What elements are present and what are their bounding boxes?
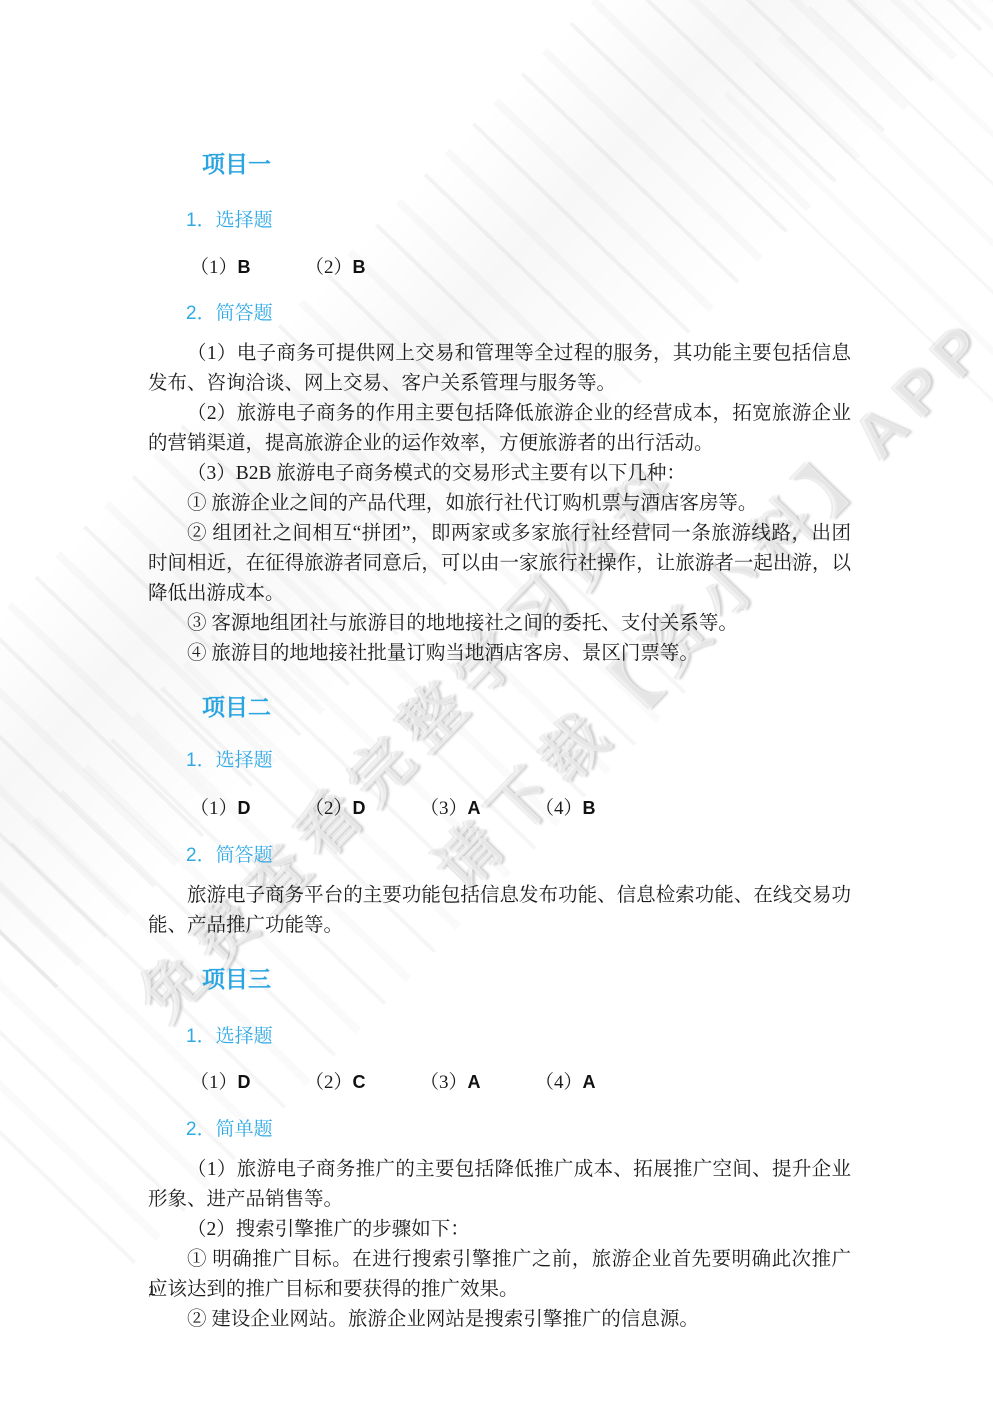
choice-number: （1） <box>190 257 238 278</box>
subsection-heading-short-answer: 2．简答题 <box>186 842 851 869</box>
choice-answer: （4）B <box>535 795 650 823</box>
paragraph: （2）搜索引擎推广的步骤如下： <box>148 1215 851 1245</box>
document-content: 项目一 1．选择题 （1）B （2）B 2．简答题 （1）电子商务可提供网上交易… <box>0 0 993 1335</box>
paragraph: ① 旅游企业之间的产品代理，如旅行社代订购机票与酒店客房等。 <box>148 489 851 519</box>
choice-number: （4） <box>535 1072 583 1093</box>
choice-answer: （1）B <box>190 254 305 282</box>
section-title: 项目一 <box>202 148 851 180</box>
choice-letter: A <box>468 1072 481 1092</box>
section-title: 项目二 <box>202 691 851 723</box>
document-page: 免费查看完整学习资料 请下载【资小料】APP 项目一 1．选择题 （1）B （2… <box>0 0 993 1404</box>
choice-letter: A <box>583 1072 596 1092</box>
choice-answer: （3）A <box>420 1069 535 1097</box>
paragraph: ④ 旅游目的地地接社批量订购当地酒店客房、景区门票等。 <box>148 639 851 669</box>
choice-number: （1） <box>190 1072 238 1093</box>
choice-number: （1） <box>190 798 238 819</box>
choice-letter: D <box>353 798 366 818</box>
subsection-heading-short-answer: 2．简答题 <box>186 300 851 327</box>
choice-number: （3） <box>420 798 468 819</box>
choice-letter: C <box>353 1072 366 1092</box>
paragraph: ② 建设企业网站。旅游企业网站是搜索引擎推广的信息源。 <box>148 1305 851 1335</box>
paragraph: ③ 客源地组团社与旅游目的地地接社之间的委托、支付关系等。 <box>148 609 851 639</box>
choice-number: （2） <box>305 798 353 819</box>
choice-letter: A <box>468 798 481 818</box>
paragraph: （1）电子商务可提供网上交易和管理等全过程的服务，其功能主要包括信息发布、咨询洽… <box>148 339 851 399</box>
subsection-heading-choice: 1．选择题 <box>186 747 851 774</box>
choice-answer: （3）A <box>420 795 535 823</box>
section-title: 项目三 <box>202 963 851 995</box>
choice-number: （3） <box>420 1072 468 1093</box>
choice-letter: B <box>238 257 251 277</box>
choice-answers-row: （1）D （2）D （3）A （4）B <box>190 795 851 823</box>
choice-answers-row: （1）B （2）B <box>190 254 851 282</box>
paragraph-block: （1）电子商务可提供网上交易和管理等全过程的服务，其功能主要包括信息发布、咨询洽… <box>148 339 851 669</box>
paragraph: （3）B2B 旅游电子商务模式的交易形式主要有以下几种： <box>148 459 851 489</box>
choice-answer: （1）D <box>190 1069 305 1097</box>
page-number: 1 <box>148 1282 156 1298</box>
choice-number: （2） <box>305 1072 353 1093</box>
choice-answers-row: （1）D （2）C （3）A （4）A <box>190 1069 851 1097</box>
paragraph: （1）旅游电子商务推广的主要包括降低推广成本、拓展推广空间、提升企业形象、进产品… <box>148 1155 851 1215</box>
choice-number: （4） <box>535 798 583 819</box>
subsection-heading-choice: 1．选择题 <box>186 1023 851 1050</box>
paragraph-block: 旅游电子商务平台的主要功能包括信息发布功能、信息检索功能、在线交易功能、产品推广… <box>148 881 851 941</box>
choice-letter: B <box>353 257 366 277</box>
paragraph: 旅游电子商务平台的主要功能包括信息发布功能、信息检索功能、在线交易功能、产品推广… <box>148 881 851 941</box>
choice-number: （2） <box>305 257 353 278</box>
choice-answer: （2）D <box>305 795 420 823</box>
choice-letter: D <box>238 798 251 818</box>
paragraph: ① 明确推广目标。在进行搜索引擎推广之前，旅游企业首先要明确此次推广应该达到的推… <box>148 1245 851 1305</box>
paragraph: （2）旅游电子商务的作用主要包括降低旅游企业的经营成本，拓宽旅游企业的营销渠道，… <box>148 399 851 459</box>
choice-answer: （2）B <box>305 254 420 282</box>
paragraph: ② 组团社之间相互“拼团”，即两家或多家旅行社经营同一条旅游线路，出团时间相近，… <box>148 519 851 609</box>
choice-answer: （2）C <box>305 1069 420 1097</box>
choice-letter: D <box>238 1072 251 1092</box>
subsection-heading-choice: 1．选择题 <box>186 207 851 234</box>
choice-answer: （4）A <box>535 1069 650 1097</box>
paragraph-block: （1）旅游电子商务推广的主要包括降低推广成本、拓展推广空间、提升企业形象、进产品… <box>148 1155 851 1335</box>
subsection-heading-short-answer: 2．简单题 <box>186 1116 851 1143</box>
choice-letter: B <box>583 798 596 818</box>
choice-answer: （1）D <box>190 795 305 823</box>
